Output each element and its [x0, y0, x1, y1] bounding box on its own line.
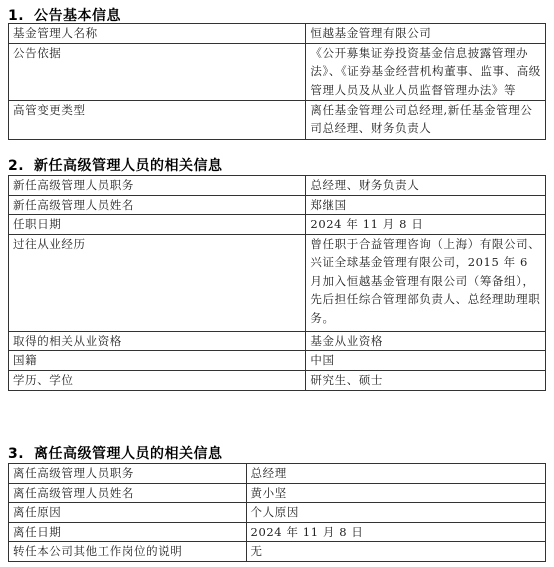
- table-row: 过往从业经历 曾任职于合益管理咨询（上海）有限公司、兴证全球基金管理有限公司，2…: [9, 234, 546, 331]
- section-number: 1.: [8, 8, 34, 24]
- row-value: 2024 年 11 月 8 日: [246, 522, 545, 542]
- row-label: 基金管理人名称: [9, 24, 306, 44]
- row-value: 曾任职于合益管理咨询（上海）有限公司、兴证全球基金管理有限公司，2015 年 6…: [306, 234, 546, 331]
- row-label: 转任本公司其他工作岗位的说明: [9, 542, 247, 562]
- row-label: 新任高级管理人员职务: [9, 176, 306, 196]
- section-3-heading: 3.离任高级管理人员的相关信息: [8, 443, 223, 463]
- section-title: 公告基本信息: [34, 8, 121, 24]
- table-row: 新任高级管理人员职务 总经理、财务负责人: [9, 176, 546, 196]
- row-value: 研究生、硕士: [306, 370, 546, 390]
- row-value: 黄小坚: [246, 483, 545, 503]
- table-row: 基金管理人名称 恒越基金管理有限公司: [9, 24, 546, 44]
- departing-executive-table: 离任高级管理人员职务 总经理 离任高级管理人员姓名 黄小坚 离任原因 个人原因 …: [8, 463, 546, 562]
- table-row: 高管变更类型 离任基金管理公司总经理,新任基金管理公司总经理、财务负责人: [9, 100, 546, 139]
- row-label: 离任高级管理人员职务: [9, 464, 247, 484]
- row-value: 《公开募集证券投资基金信息披露管理办法》、《证券基金经营机构董事、监事、高级管理…: [306, 43, 546, 100]
- section-number: 3.: [8, 446, 34, 462]
- table-row: 转任本公司其他工作岗位的说明 无: [9, 542, 546, 562]
- row-label: 离任原因: [9, 503, 247, 523]
- row-value: 离任基金管理公司总经理,新任基金管理公司总经理、财务负责人: [306, 100, 546, 139]
- section-number: 2.: [8, 158, 34, 174]
- row-value: 无: [246, 542, 545, 562]
- row-value: 总经理、财务负责人: [306, 176, 546, 196]
- section-title: 新任高级管理人员的相关信息: [34, 158, 223, 174]
- row-value: 中国: [306, 351, 546, 371]
- row-label: 过往从业经历: [9, 234, 306, 331]
- table-row: 任职日期 2024 年 11 月 8 日: [9, 215, 546, 235]
- row-label: 新任高级管理人员姓名: [9, 195, 306, 215]
- table-row: 离任原因 个人原因: [9, 503, 546, 523]
- row-label: 高管变更类型: [9, 100, 306, 139]
- row-label: 任职日期: [9, 215, 306, 235]
- new-executive-table: 新任高级管理人员职务 总经理、财务负责人 新任高级管理人员姓名 郑继国 任职日期…: [8, 175, 546, 391]
- row-value: 个人原因: [246, 503, 545, 523]
- table-row: 取得的相关从业资格 基金从业资格: [9, 331, 546, 351]
- table-row: 学历、学位 研究生、硕士: [9, 370, 546, 390]
- table-row: 离任高级管理人员职务 总经理: [9, 464, 546, 484]
- basic-info-table: 基金管理人名称 恒越基金管理有限公司 公告依据 《公开募集证券投资基金信息披露管…: [8, 23, 546, 140]
- row-label: 离任高级管理人员姓名: [9, 483, 247, 503]
- row-value: 总经理: [246, 464, 545, 484]
- table-row: 离任日期 2024 年 11 月 8 日: [9, 522, 546, 542]
- row-value: 2024 年 11 月 8 日: [306, 215, 546, 235]
- row-label: 国籍: [9, 351, 306, 371]
- row-label: 学历、学位: [9, 370, 306, 390]
- row-label: 离任日期: [9, 522, 247, 542]
- row-value: 郑继国: [306, 195, 546, 215]
- table-row: 离任高级管理人员姓名 黄小坚: [9, 483, 546, 503]
- table-row: 公告依据 《公开募集证券投资基金信息披露管理办法》、《证券基金经营机构董事、监事…: [9, 43, 546, 100]
- table-row: 新任高级管理人员姓名 郑继国: [9, 195, 546, 215]
- table-row: 国籍 中国: [9, 351, 546, 371]
- row-label: 公告依据: [9, 43, 306, 100]
- row-value: 基金从业资格: [306, 331, 546, 351]
- row-label: 取得的相关从业资格: [9, 331, 306, 351]
- section-title: 离任高级管理人员的相关信息: [34, 446, 223, 462]
- section-2-heading: 2.新任高级管理人员的相关信息: [8, 155, 223, 175]
- row-value: 恒越基金管理有限公司: [306, 24, 546, 44]
- section-1-heading: 1.公告基本信息: [8, 5, 121, 25]
